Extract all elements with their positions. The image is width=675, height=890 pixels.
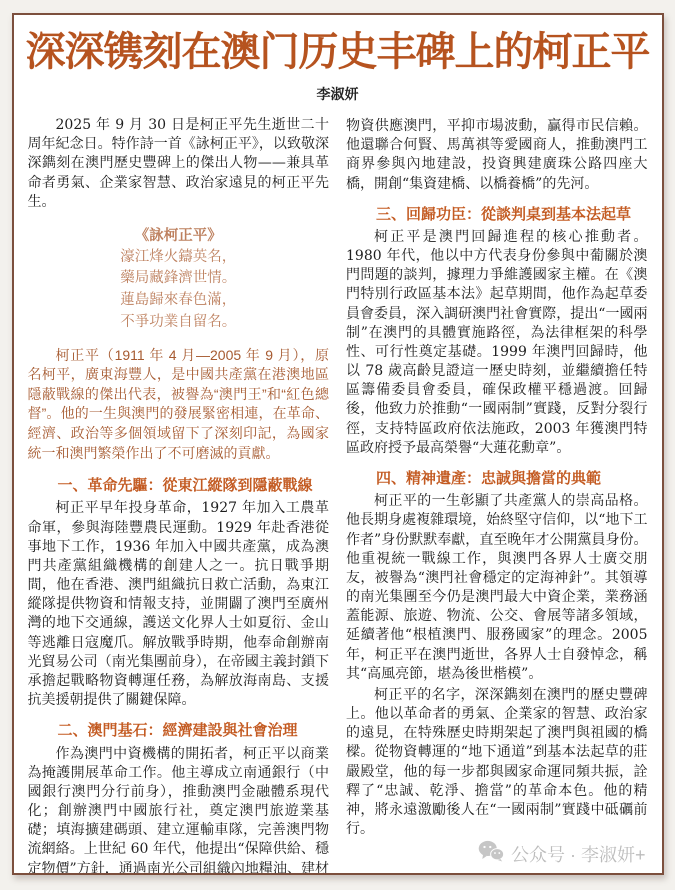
page-title: 深深镌刻在澳门历史丰碑上的柯正平 [20, 29, 656, 75]
wechat-icon [478, 840, 504, 867]
author-byline: 李淑妍 [14, 84, 662, 104]
poem-line: 蓮島歸來春色滿， [28, 290, 330, 312]
poem-line: 不爭功業自留名。 [28, 312, 330, 334]
section-4-paragraph: 柯正平的一生彰顯了共產黨人的崇高品格。他長期身處複雜環境，始終堅守信仰，以“地下… [346, 492, 648, 684]
poem-block: 《詠柯正平》 濠江烽火鑄英名， 藥局藏鋒濟世情。 蓮島歸來春色滿， 不爭功業自留… [28, 225, 330, 334]
article-columns: 2025 年 9 月 30 日是柯正平先生逝世二十周年紀念日。特作詩一首《詠柯正… [14, 104, 662, 875]
section-1-heading: 一、革命先驅：從東江縱隊到隱蔽戰線 [28, 476, 330, 496]
section-4-heading: 四、精神遺產：忠誠與擔當的典範 [346, 469, 648, 489]
article-page: 深深镌刻在澳门历史丰碑上的柯正平 李淑妍 2025 年 9 月 30 日是柯正平… [12, 13, 664, 875]
section-3-heading: 三、回歸功臣：從談判桌到基本法起草 [346, 205, 648, 225]
section-2-paragraph: 作為澳門中資機構的開拓者，柯正平以商業為掩護開展革命工作。他主導成立南通銀行（中… [28, 745, 330, 875]
section-3-paragraph: 柯正平是澳門回歸進程的核心推動者。1980 年代，他以中方代表身份參與中葡關於澳… [346, 228, 648, 458]
poem-title: 《詠柯正平》 [28, 225, 330, 247]
watermark-text: 公众号 · 李淑妍+ [511, 841, 646, 867]
poem-line: 藥局藏鋒濟世情。 [28, 268, 330, 290]
right-column: 物資供應澳門，平抑市場波動，贏得市民信賴。他還聯合何賢、馬萬祺等愛國商人，推動澳… [346, 116, 648, 875]
left-column: 2025 年 9 月 30 日是柯正平先生逝世二十周年紀念日。特作詩一首《詠柯正… [28, 116, 330, 875]
bio-highlight-paragraph: 柯正平（1911 年 4 月—2005 年 9 月），原名柯平，廣東海豐人，是中… [28, 346, 330, 464]
intro-paragraph: 2025 年 9 月 30 日是柯正平先生逝世二十周年紀念日。特作詩一首《詠柯正… [28, 116, 330, 212]
closing-paragraph: 柯正平的名字，深深鐫刻在澳門的歷史豐碑上。他以革命者的勇氣、企業家的智慧、政治家… [346, 686, 648, 839]
section-1-paragraph: 柯正平早年投身革命，1927 年加入工農革命軍，參與海陸豐農民運動。1929 年… [28, 499, 330, 710]
section-2-continuation-paragraph: 物資供應澳門，平抑市場波動，贏得市民信賴。他還聯合何賢、馬萬祺等愛國商人，推動澳… [346, 117, 648, 194]
section-2-heading: 二、澳門基石：經濟建設與社會治理 [28, 721, 330, 741]
footer-watermark: 公众号 · 李淑妍+ [472, 840, 646, 867]
poem-line: 濠江烽火鑄英名， [28, 247, 330, 269]
